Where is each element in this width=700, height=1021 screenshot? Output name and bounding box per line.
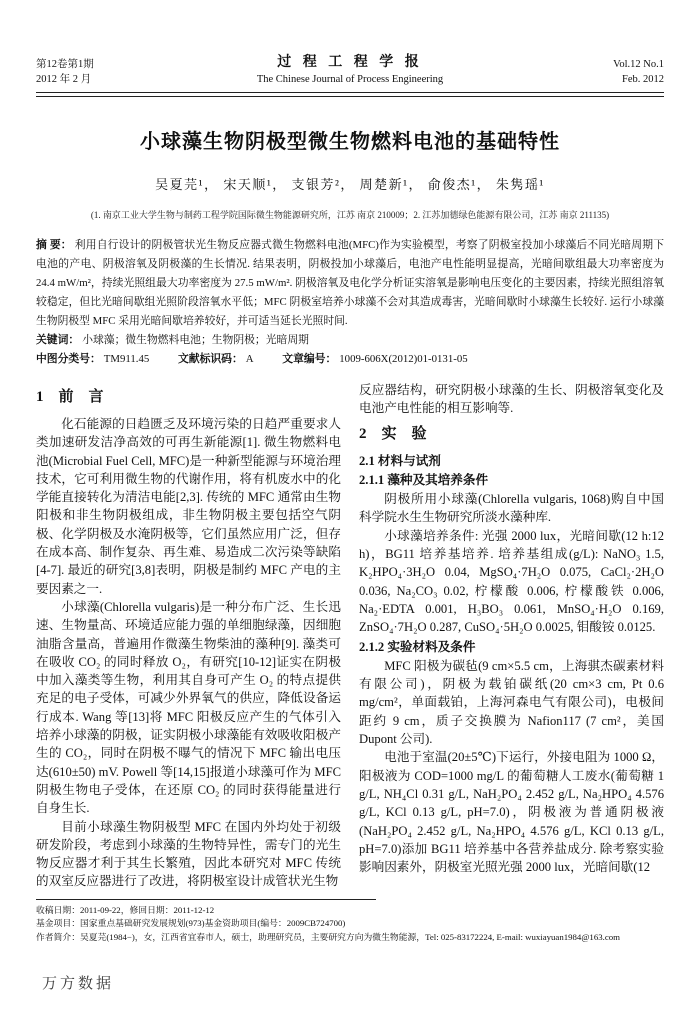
section-heading-intro: 1 前 言 bbox=[36, 387, 341, 407]
two-column-body: 1 前 言 化石能源的日趋匮乏及环境污染的日趋严重要求人类加速研发洁净高效的可再… bbox=[36, 381, 664, 891]
abstract-label: 摘 要： bbox=[36, 239, 72, 251]
intro-paragraph-2: 小球藻(Chlorella vulgaris)是一种分布广泛、生长迅速、生物量高… bbox=[36, 598, 341, 818]
doc-code-label: 文献标识码： bbox=[178, 353, 243, 365]
header-rule bbox=[36, 92, 664, 97]
doc-code-value: A bbox=[246, 353, 254, 365]
volume-en: Vol.12 No.1 bbox=[544, 57, 664, 72]
volume-issue: 第12卷第1期 bbox=[36, 57, 156, 72]
journal-page: 第12卷第1期 2012 年 2 月 过 程 工 程 学 报 The Chine… bbox=[0, 0, 700, 1021]
footnote-author-bio: 作者简介：吴夏芫(1984−)，女，江西省宜春市人，硕士，助理研究员，主要研究方… bbox=[36, 931, 664, 945]
keywords-text: 小球藻；微生物燃料电池；生物阴极；光暗周期 bbox=[82, 334, 309, 346]
issue-date-cn: 2012 年 2 月 bbox=[36, 72, 156, 87]
keywords-label: 关键词： bbox=[36, 334, 79, 346]
subsection-experiment-conditions: 2.1.2 实验材料及条件 bbox=[359, 638, 664, 656]
paragraph-operation: 电池于室温(20±5℃)下运行，外接电阻为 1000 Ω，阳极液为 COD=10… bbox=[359, 748, 664, 876]
footnote-rule bbox=[36, 899, 376, 900]
header-journal-block: 过 程 工 程 学 报 The Chinese Journal of Proce… bbox=[156, 55, 544, 87]
paragraph-algae-source: 阴极所用小球藻(Chlorella vulgaris, 1068)购自中国科学院… bbox=[359, 490, 664, 527]
left-column: 1 前 言 化石能源的日趋匮乏及环境污染的日趋严重要求人类加速研发洁净高效的可再… bbox=[36, 381, 341, 891]
paragraph-electrodes: MFC 阳极为碳毡(9 cm×5.5 cm，上海骐杰碳素材料有限公司)，阴极为载… bbox=[359, 657, 664, 748]
clc-label: 中图分类号： bbox=[36, 353, 101, 365]
issue-date-en: Feb. 2012 bbox=[544, 72, 664, 87]
intro-paragraph-1: 化石能源的日趋匮乏及环境污染的日趋严重要求人类加速研发洁净高效的可再生新能源[1… bbox=[36, 415, 341, 598]
intro-continuation: 反应器结构，研究阴极小球藻的生长、阴极溶氧变化及电池产电性能的相互影响等. bbox=[359, 381, 664, 418]
section-heading-experiment: 2 实 验 bbox=[359, 424, 664, 444]
doc-code-group: 文献标识码：A bbox=[178, 353, 254, 365]
footnote-block: 收稿日期：2011-09-22，修回日期：2011-12-12 基金项目：国家重… bbox=[36, 899, 664, 945]
header-vol-block: Vol.12 No.1 Feb. 2012 bbox=[544, 57, 664, 87]
journal-name-en: The Chinese Journal of Process Engineeri… bbox=[156, 72, 544, 87]
author-list: 吴夏芫¹， 宋天顺¹， 支银芳²， 周楚新¹， 俞俊杰¹， 朱隽瑶¹ bbox=[36, 174, 664, 193]
article-title: 小球藻生物阴极型微生物燃料电池的基础特性 bbox=[36, 125, 664, 154]
article-no-value: 1009-606X(2012)01-0131-05 bbox=[339, 353, 467, 365]
clc-group: 中图分类号：TM911.45 bbox=[36, 353, 149, 365]
subsection-materials: 2.1 材料与试剂 bbox=[359, 452, 664, 470]
abstract: 摘 要：利用自行设计的阴极管状光生物反应器式微生物燃料电池(MFC)作为实验模型… bbox=[36, 236, 664, 331]
affiliation: (1. 南京工业大学生物与制药工程学院国际微生物能源研究所，江苏 南京 2100… bbox=[36, 208, 664, 221]
clc-value: TM911.45 bbox=[104, 353, 150, 365]
journal-header: 第12卷第1期 2012 年 2 月 过 程 工 程 学 报 The Chine… bbox=[36, 55, 664, 87]
journal-name-cn: 过 程 工 程 学 报 bbox=[156, 55, 544, 70]
article-no-label: 文章编号： bbox=[282, 353, 336, 365]
article-no-group: 文章编号：1009-606X(2012)01-0131-05 bbox=[282, 353, 467, 365]
paragraph-culture-medium: 小球藻培养条件: 光强 2000 lux，光暗间歇(12 h:12 h)，BG1… bbox=[359, 527, 664, 637]
abstract-block: 摘 要：利用自行设计的阴极管状光生物反应器式微生物燃料电池(MFC)作为实验模型… bbox=[36, 236, 664, 369]
wanfang-watermark: 万方数据 bbox=[42, 972, 114, 993]
footnote-fund: 基金项目：国家重点基础研究发展规划(973)基金资助项目(编号：2009CB72… bbox=[36, 917, 664, 931]
abstract-text: 利用自行设计的阴极管状光生物反应器式微生物燃料电池(MFC)作为实验模型，考察了… bbox=[36, 239, 664, 327]
keywords-line: 关键词：小球藻；微生物燃料电池；生物阴极；光暗周期 bbox=[36, 331, 664, 350]
right-column: 反应器结构，研究阴极小球藻的生长、阴极溶氧变化及电池产电性能的相互影响等. 2 … bbox=[359, 381, 664, 891]
footnote-received-date: 收稿日期：2011-09-22，修回日期：2011-12-12 bbox=[36, 904, 664, 918]
header-issue-block: 第12卷第1期 2012 年 2 月 bbox=[36, 57, 156, 87]
article-meta-line: 中图分类号：TM911.45 文献标识码：A 文章编号：1009-606X(20… bbox=[36, 350, 664, 369]
subsection-algae-culture: 2.1.1 藻种及其培养条件 bbox=[359, 471, 664, 489]
intro-paragraph-3: 目前小球藻生物阴极型 MFC 在国内外均处于初级研发阶段，考虑到小球藻的生物特异… bbox=[36, 818, 341, 891]
